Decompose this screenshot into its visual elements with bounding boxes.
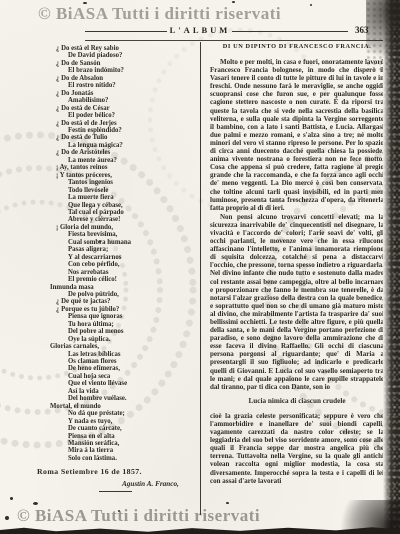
scan-speck <box>5 516 9 520</box>
scan-speck <box>33 502 38 505</box>
scan-corner-top-right <box>366 0 400 70</box>
article-heading: DI UN DIPINTO DI FRANCESCO FRANCIA. <box>210 43 384 50</box>
header-underline <box>85 40 384 41</box>
scan-speck <box>232 1 235 3</box>
poem-line: Nos arrebatas <box>68 269 198 276</box>
poem-line: Que llega y cébase, <box>68 202 198 209</box>
scan-speck <box>99 240 101 243</box>
poem-dateline: Roma Setiembre 16 de 1857. <box>37 467 142 476</box>
poem-line: Pasas aligera; <box>68 246 198 253</box>
poem-line: No dá que préstate; <box>68 410 198 417</box>
poem-line: Del hombre vuélase. <box>68 395 198 402</box>
poem-line: Del pobre al menos <box>68 328 198 335</box>
poem-signature: Agustín A. Franco, <box>122 480 179 488</box>
poem-line: Amabilísimo? <box>68 97 198 104</box>
poem-line: ¡ Y tantos próceres, <box>56 172 198 179</box>
poem-line: Piensa que ignoras <box>68 313 198 320</box>
poem-line: ¿ De qué te jactas? <box>56 298 198 305</box>
poem-line: El premio célico! <box>68 276 198 283</box>
poem-line: Que el viento llévase <box>68 380 198 387</box>
poem-line: ¡ Ay, tantos reinos <box>56 164 198 171</box>
poem-line: ¿ Do Jonatás <box>56 90 198 97</box>
scan-speck <box>83 2 87 4</box>
scan-edge-right <box>383 0 400 534</box>
header-rule-right <box>232 31 348 32</box>
poem-line: Abrese y ciérrase! <box>68 216 198 223</box>
poem-line: Piensa en el alta <box>68 433 198 440</box>
poem-line: Tu hora última; <box>68 321 198 328</box>
poem-line: Mansión seráfica, <box>68 440 198 447</box>
poem-line: El rostro nítido? <box>68 82 198 89</box>
poem-line: El brazo indómito? <box>68 67 198 74</box>
poem-line: ¿ Do está de César <box>56 105 198 112</box>
poem-line: Todo llevósele <box>68 187 198 194</box>
poem-line: Inmunda masa <box>50 284 198 291</box>
poem-line: ¿ Porque es tu júbilo? <box>56 306 198 313</box>
journal-title: L'ALBUM <box>168 25 232 35</box>
poem-line: De cuanto cárcate, <box>68 425 198 432</box>
poem-line: Oye la súplica. <box>68 336 198 343</box>
poem-line: De heno efímeras, <box>68 365 198 372</box>
column-divider <box>200 42 201 515</box>
article-paragraph: cioè la grazia celeste personificata; se… <box>210 412 384 485</box>
poem-line: Mira á la tierra <box>68 447 198 454</box>
poem-line: Con cebo pérfido, <box>68 261 198 268</box>
poem-line: La mente áurea? <box>68 157 198 164</box>
poem-line: Solo con lástima. <box>68 455 198 462</box>
copyright-watermark-top: © BiASA Tutti i diritti riservati <box>38 4 281 24</box>
poem-line: De David piadoso? <box>68 52 198 59</box>
header-rule-left <box>85 31 167 32</box>
poem-line: ¿ Do está de Tulio <box>56 134 198 141</box>
poem-line: Y nada es tuyo, <box>68 418 198 425</box>
poem-line: Las letras bíblicas <box>68 351 198 358</box>
poem-line: De polvo pútrido, <box>68 291 198 298</box>
scan-speck <box>118 510 120 512</box>
poem-line: ¿ Do de Aristóteles <box>56 149 198 156</box>
poem-line: ¿ Do de Sansón <box>56 60 198 67</box>
signature-rule <box>99 491 132 492</box>
poem-line: Tal cual el párpado <box>68 209 198 216</box>
poem-line: Os claman flores <box>68 358 198 365</box>
poem-line: Cual sombra humana <box>68 239 198 246</box>
poem-line: La lengua mágica? <box>68 142 198 149</box>
poem-line: La muerte fiera <box>68 194 198 201</box>
scan-speck <box>310 4 312 6</box>
poem-line: ¿ Do de Absalon <box>56 75 198 82</box>
poem-line: ¿ Do está el de Jerjes <box>56 120 198 127</box>
poem-line: ¿ Do está el Rey sabio <box>56 45 198 52</box>
scan-speck <box>226 502 229 504</box>
poem-line: Festín espléndido? <box>68 127 198 134</box>
scan-speck <box>10 497 13 500</box>
article-paragraph: Molto e per molti, in casa e fuori, onor… <box>210 58 384 212</box>
poem-line: ¡ Gloria del mundo, <box>56 224 198 231</box>
article-paragraphs: Molto e per molti, in casa e fuori, onor… <box>210 58 384 391</box>
article-paragraph: Non pensi alcuno trovarvi concetti eleva… <box>210 213 384 391</box>
poem-line: Y al descarriarnos <box>68 254 198 261</box>
copyright-watermark-bottom: © BiASA Tutti i diritti riservati <box>17 506 260 526</box>
poem-line: Tantos ingenios <box>68 179 198 186</box>
dante-verse-quote: Lucia nimica di ciascun crudele <box>210 397 384 405</box>
article-column: DI UN DIPINTO DI FRANCESCO FRANCIA. Molt… <box>210 43 384 485</box>
poem-line: Glorias carnales, <box>50 343 198 350</box>
poem-line: Mortal, el mundo <box>50 403 198 410</box>
poem-line: Fiesta brevísima, <box>68 231 198 238</box>
poem-line: Cual hoja seca <box>68 373 198 380</box>
poem-line: El poder bélico? <box>68 112 198 119</box>
poem-line: Así la vida <box>68 388 198 395</box>
poem: ¿ Do está el Rey sabioDe David piadoso?¿… <box>50 45 198 462</box>
